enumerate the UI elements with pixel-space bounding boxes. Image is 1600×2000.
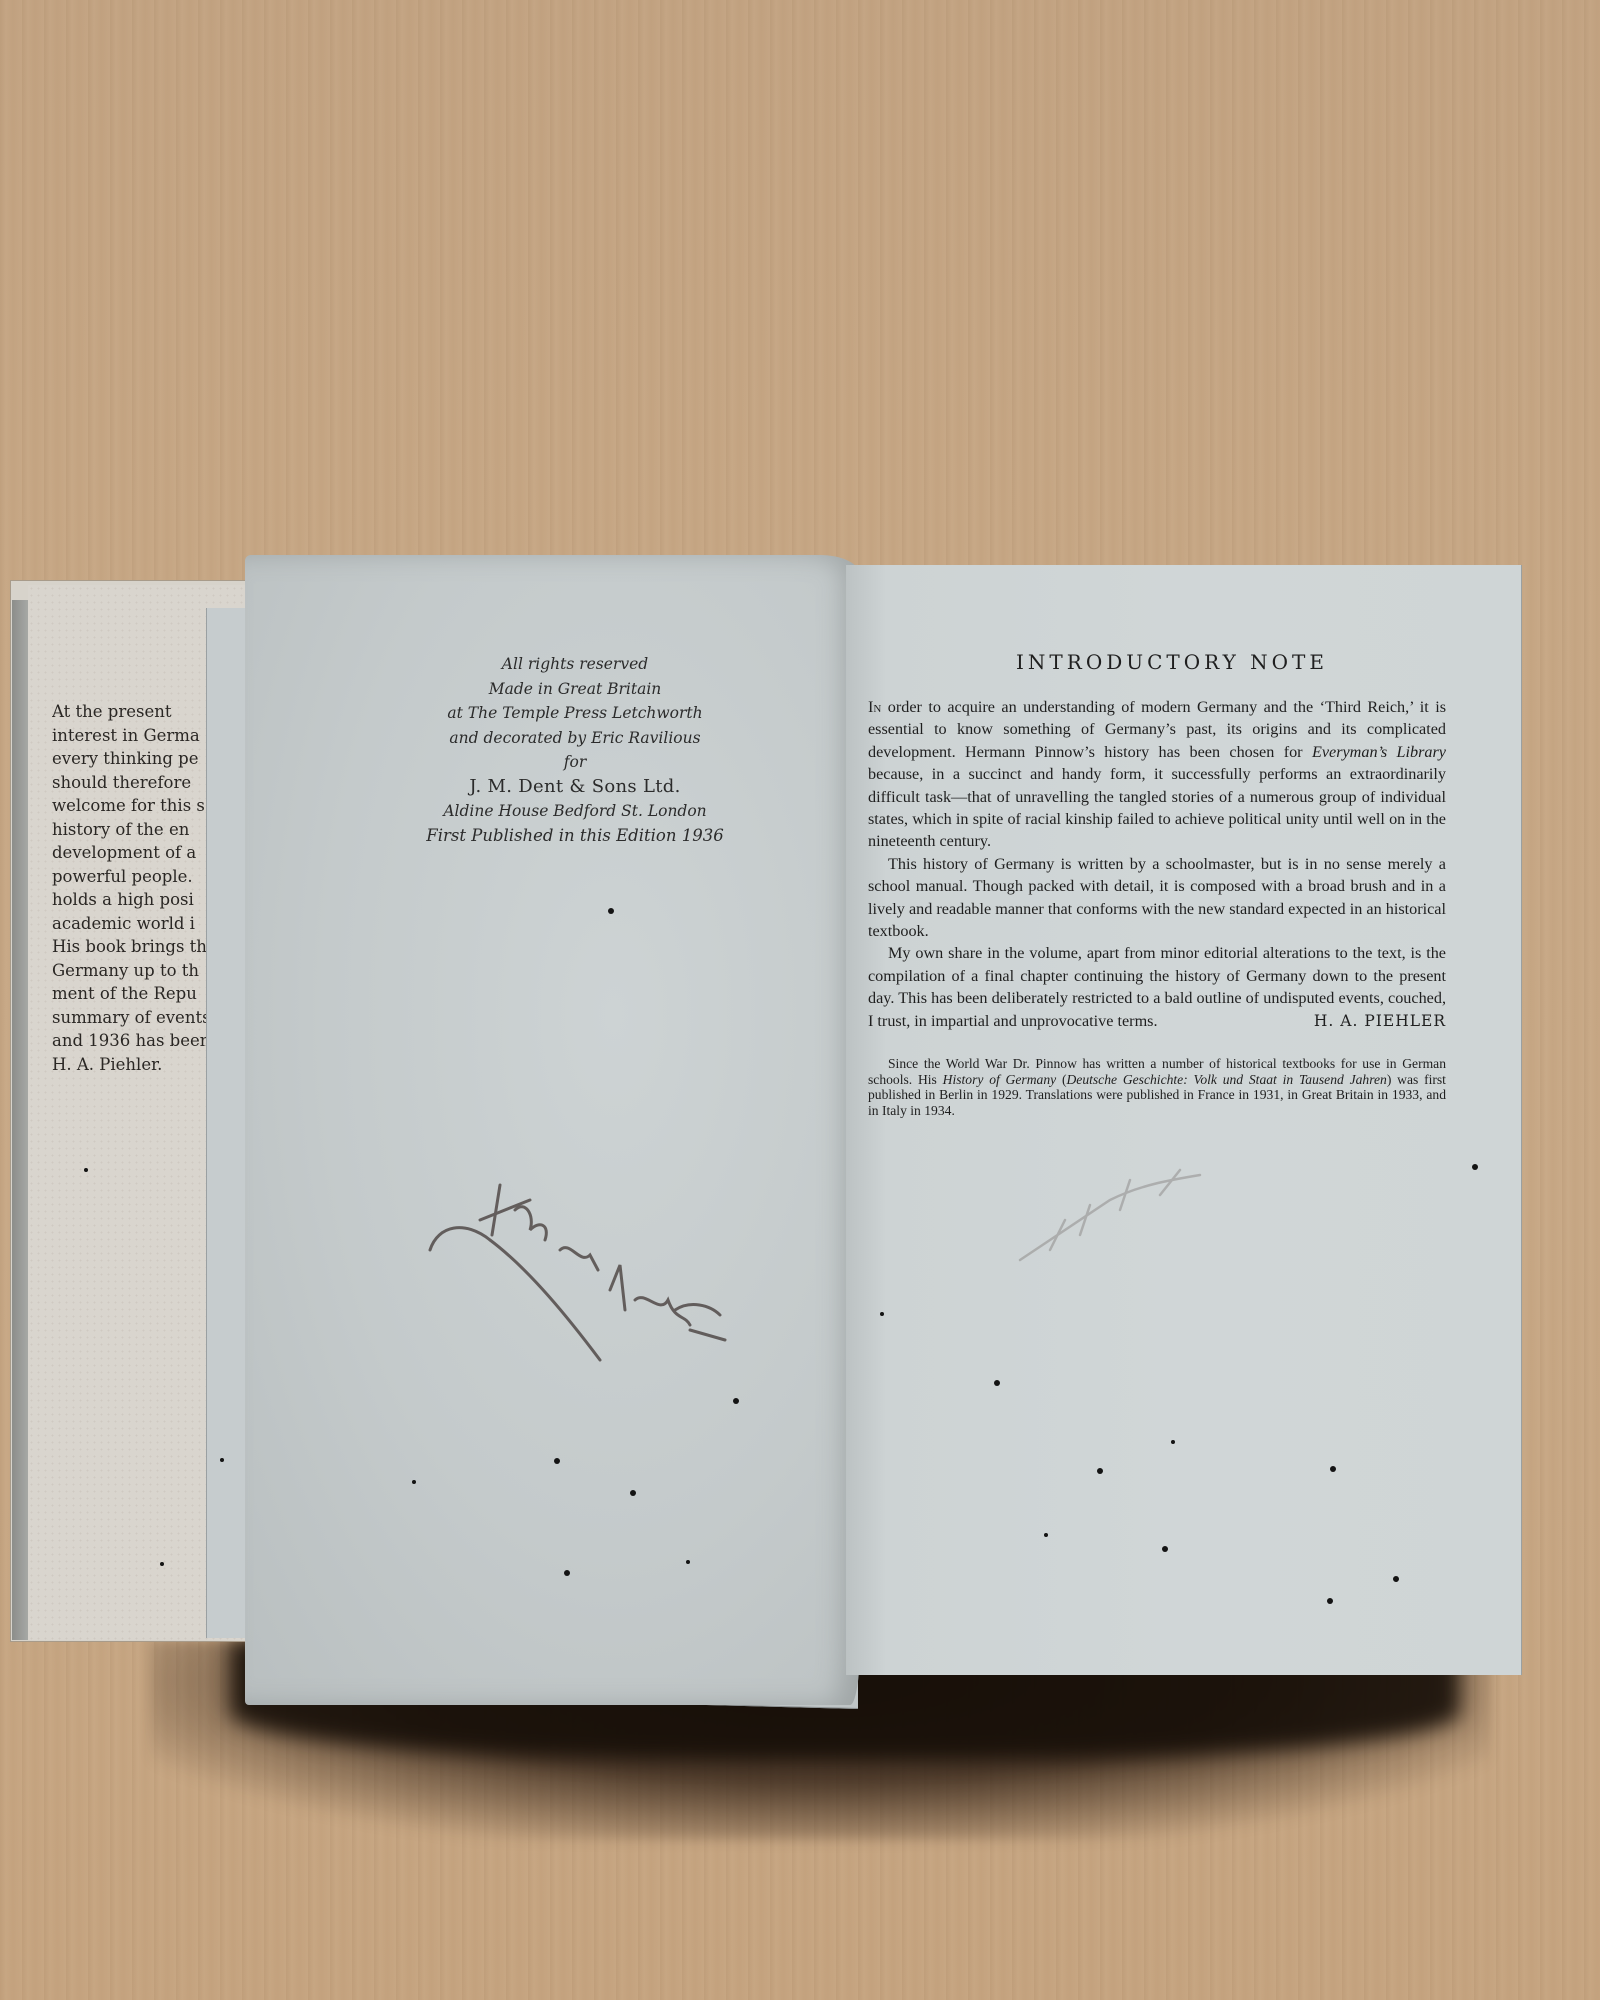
paper-speck	[1472, 1164, 1478, 1170]
paragraph-1: In order to acquire an understanding of …	[868, 696, 1446, 853]
handwritten-signature	[420, 1140, 740, 1370]
paper-speck	[84, 1168, 88, 1172]
rights-line: All rights reserved	[420, 652, 730, 677]
footnote-text: (	[1056, 1072, 1066, 1087]
paper-speck	[1097, 1468, 1103, 1474]
paper-speck	[160, 1562, 164, 1566]
paper-speck	[733, 1398, 739, 1404]
for-line: for	[420, 750, 730, 775]
press-line: at The Temple Press Letchworth	[420, 701, 730, 726]
paragraph-2: This history of Germany is written by a …	[868, 853, 1446, 943]
paper-speck	[554, 1458, 560, 1464]
paper-speck	[880, 1312, 884, 1316]
paper-speck	[1162, 1546, 1168, 1552]
introductory-note: INTRODUCTORY NOTE In order to acquire an…	[868, 650, 1446, 1132]
paper-speck	[1330, 1466, 1336, 1472]
footnote: Since the World War Dr. Pinnow has writt…	[868, 1056, 1446, 1118]
paragraph-text: because, in a succinct and handy form, i…	[868, 765, 1446, 850]
show-through-signature	[1010, 1160, 1210, 1270]
publisher-address: Aldine House Bedford St. London	[420, 799, 730, 824]
page-title: INTRODUCTORY NOTE	[868, 650, 1446, 674]
paper-speck	[994, 1380, 1000, 1386]
imprint-block: All rights reserved Made in Great Britai…	[420, 652, 730, 848]
paper-speck	[608, 908, 614, 914]
paper-speck	[630, 1490, 636, 1496]
decorated-line: and decorated by Eric Ravilious	[420, 726, 730, 751]
paper-speck	[412, 1480, 416, 1484]
paper-speck	[564, 1570, 570, 1576]
paper-speck	[1171, 1440, 1175, 1444]
paper-speck	[1393, 1576, 1399, 1582]
footnote-italic: Deutsche Geschichte: Volk und Staat in T…	[1066, 1072, 1386, 1087]
paper-speck	[686, 1560, 690, 1564]
edition-line: First Published in this Edition 1936	[420, 824, 730, 849]
footnote-italic: History of Germany	[943, 1072, 1057, 1087]
paper-speck	[1327, 1598, 1333, 1604]
drop-lead: In	[868, 698, 881, 716]
made-in-line: Made in Great Britain	[420, 677, 730, 702]
paper-speck	[1044, 1533, 1048, 1537]
paper-speck	[220, 1458, 224, 1462]
cover-edge	[12, 600, 28, 1640]
italic-title: Everyman’s Library	[1312, 743, 1446, 761]
publisher-name: J. M. Dent & Sons Ltd.	[420, 775, 730, 800]
